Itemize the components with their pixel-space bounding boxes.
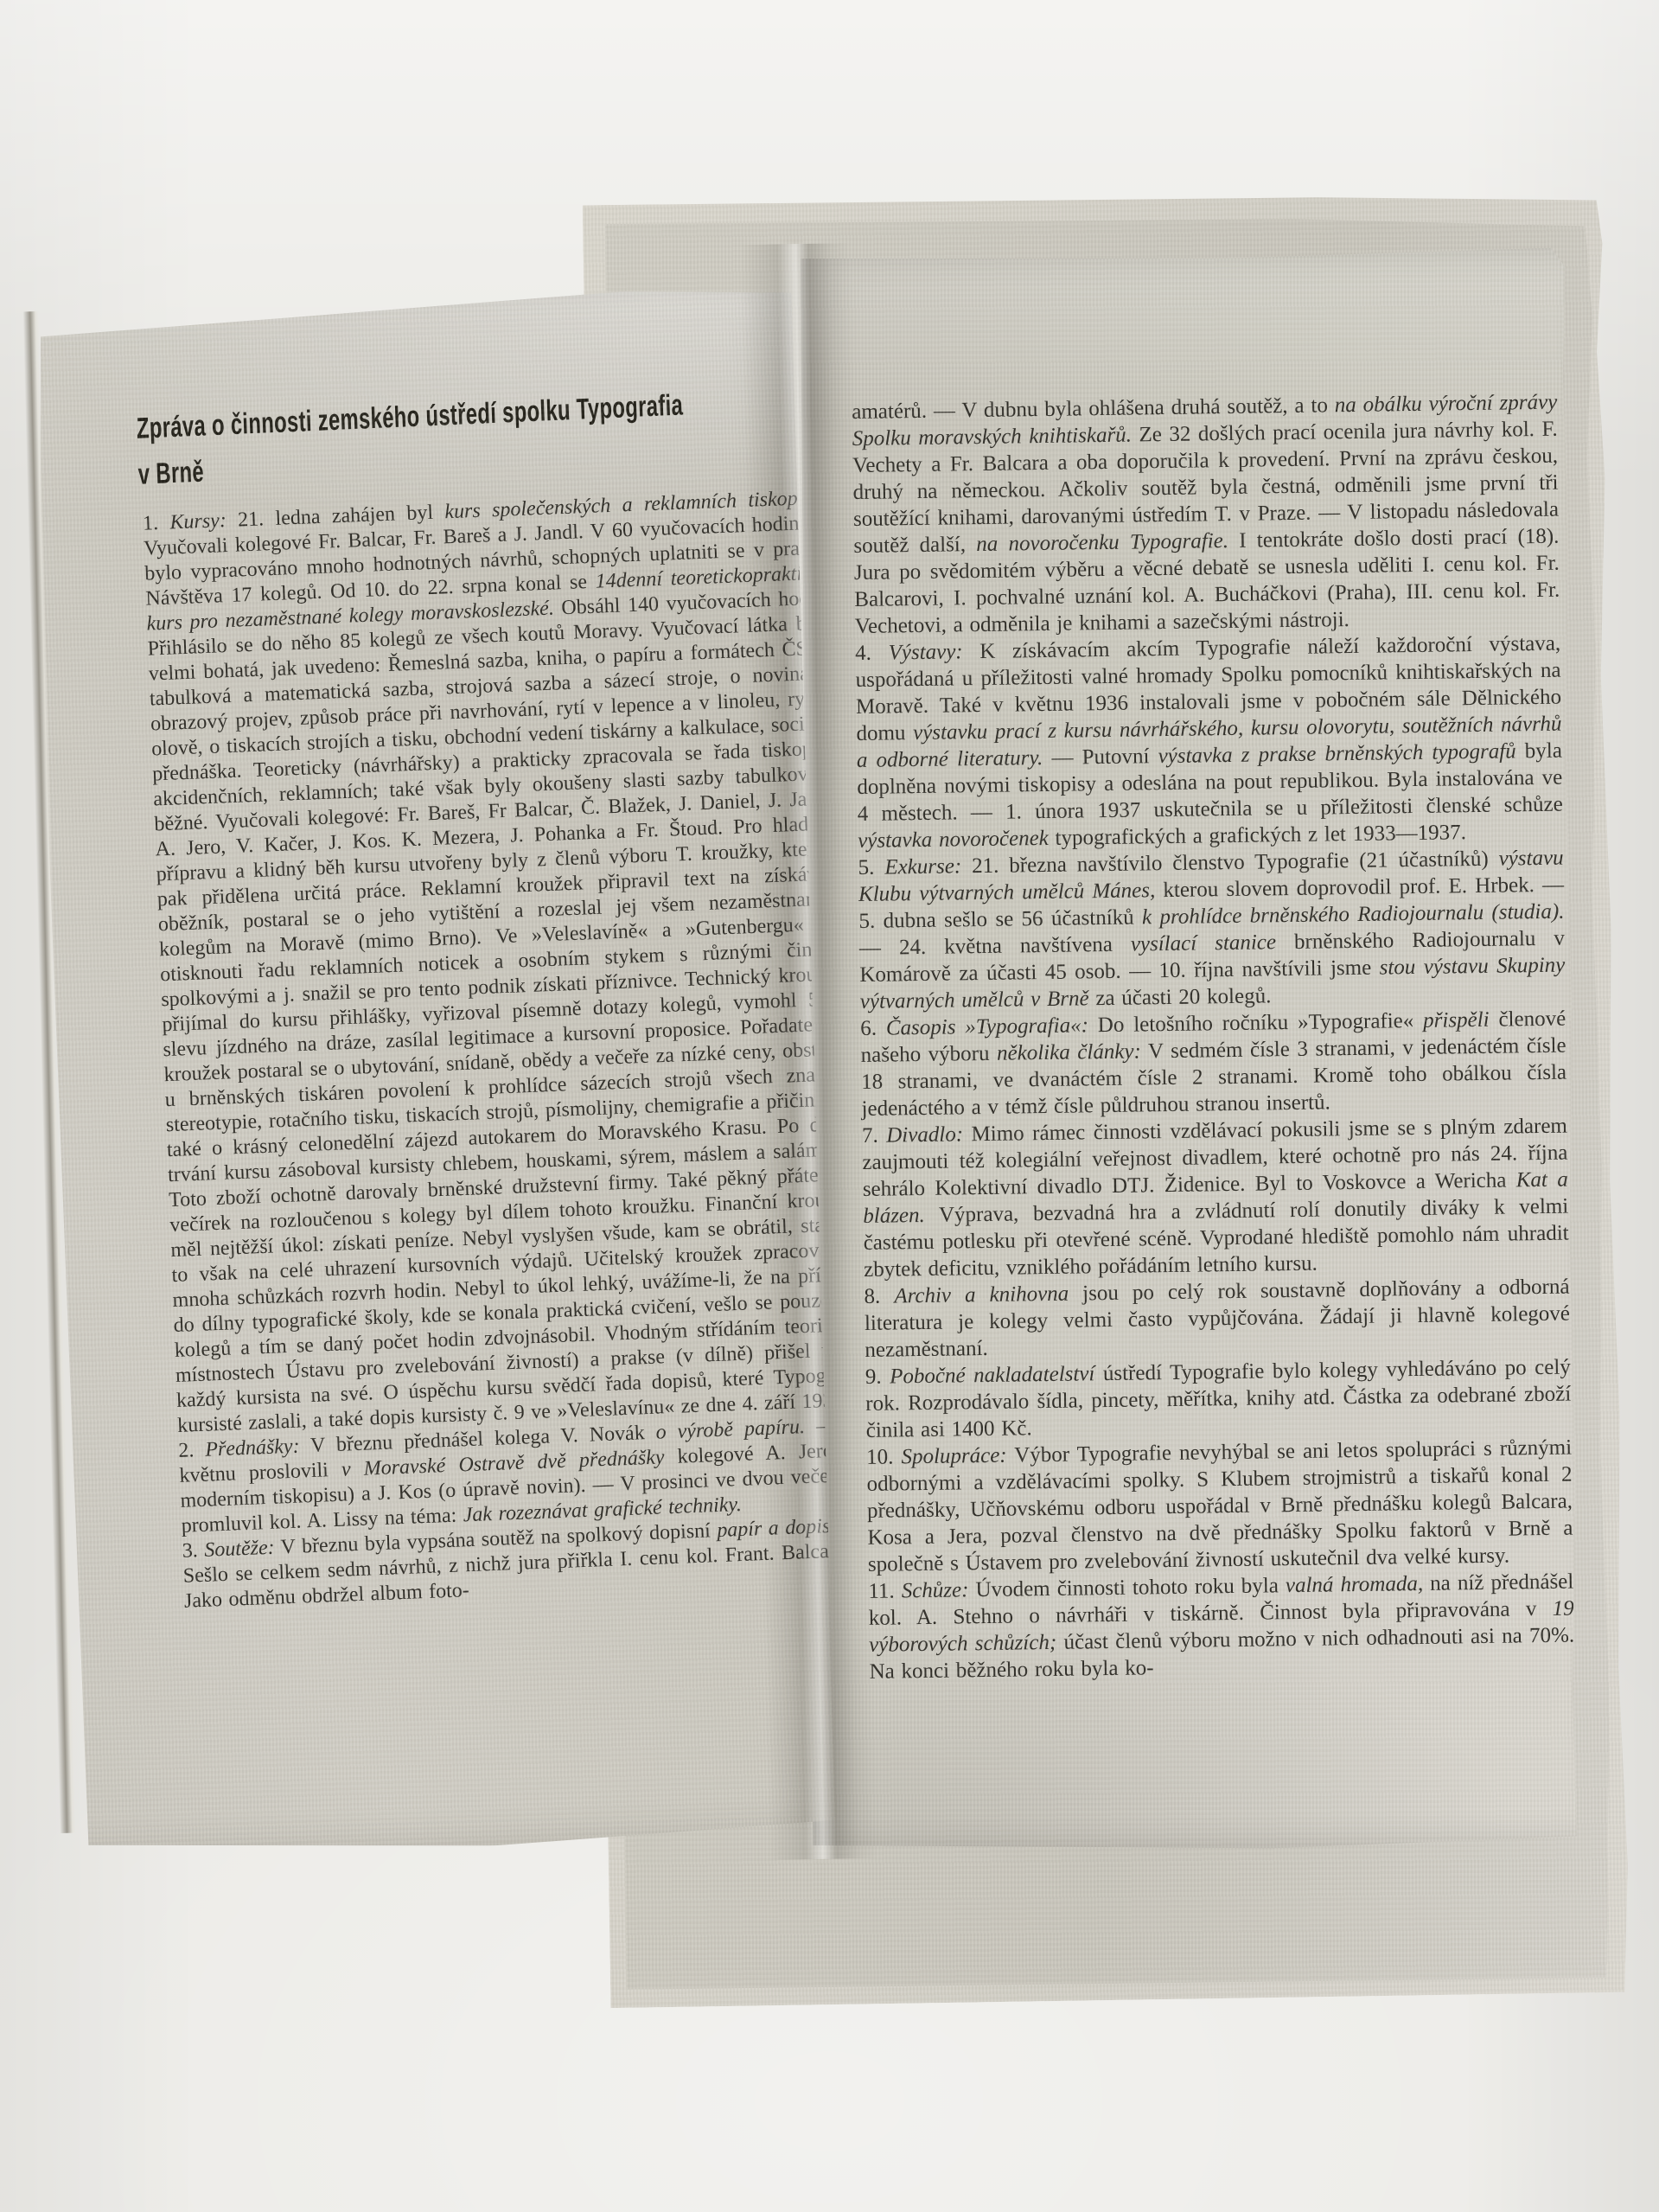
text-segment: 4. [855,641,889,665]
italic-segment: k prohlídce brněnského Radiojournalu (st… [1142,900,1565,930]
text-segment: 6. [860,1017,886,1040]
italic-segment: Pobočné nakladatelství [890,1362,1095,1388]
italic-segment: několika články: [997,1039,1141,1064]
text-segment: typografických a grafických z let 1933—1… [1049,821,1466,850]
italic-segment: přispěli [1423,1008,1490,1032]
italic-segment: valná hromada, [1286,1572,1424,1597]
italic-segment: Schůze: [902,1578,969,1602]
italic-segment: Exkurse: [884,854,961,879]
paragraph: 5. Exkurse: 21. března navštívilo členst… [858,845,1566,1015]
italic-segment: Kursy: [169,509,227,534]
italic-segment: výstavka novoročenek [858,827,1049,853]
text-segment: — 24. května navštívena [859,933,1131,960]
paragraph: 10. Spolupráce: Výbor Typografie nevyhýb… [866,1435,1573,1578]
paragraph: 7. Divadlo: Mimo rámec činnosti vzděláva… [862,1113,1570,1283]
text-segment: Do letošního ročníku »Typografie« [1088,1009,1424,1037]
text-segment: Obsáhl 140 vyučovacích hodin. Přihlásilo… [147,586,861,1437]
page-title: Zpráva o činnosti zemského ústředí spolk… [136,382,695,498]
text-segment: Výprava, bezvadná hra a zvládnutí rolí d… [864,1195,1569,1282]
text-segment: Mimo rámec činnosti vzdělávací pokusili … [862,1115,1567,1201]
paragraph: 6. Časopis »Typografia«: Do letošního ro… [860,1006,1567,1122]
left-page: Zpráva o činnosti zemského ústředí spolk… [31,286,838,1857]
italic-segment: Archiv a knihovna [894,1282,1069,1308]
text-segment: 1. [143,512,170,535]
text-segment: Úvodem činnosti tohoto roku byla [968,1574,1286,1601]
paragraph: 1. Kursy: 21. ledna zahájen byl kurs spo… [143,485,863,1439]
photo-background: amatérů. — V dubnu byla ohlášena druhá s… [0,0,1659,2212]
text-segment: 8. [864,1284,894,1307]
text-segment: 11. [868,1579,902,1603]
text-segment: 7. [862,1124,887,1148]
right-page-text: amatérů. — V dubnu byla ohlášena druhá s… [852,389,1575,1685]
italic-segment: výstavka z prakse brněnských typografů [1158,739,1515,768]
italic-segment: Spolupráce: [901,1444,1007,1469]
italic-segment: vysílací stanice [1131,930,1277,956]
text-segment: 10. [866,1445,902,1469]
italic-segment: o výrobě papíru. [655,1416,805,1444]
paragraph: amatérů. — V dubnu byla ohlášena druhá s… [852,389,1560,640]
paragraph: 4. Výstavy: K získávacím akcím Typografi… [855,630,1563,854]
text-segment: 3. [182,1539,205,1563]
italic-segment: Přednášky: [205,1435,300,1461]
text-segment: 9. [865,1365,890,1389]
left-page-text: 1. Kursy: 21. ledna zahájen byl kurs spo… [143,485,869,1614]
text-segment: — Putovní [1043,745,1158,770]
text-segment: 2. [178,1439,206,1462]
paragraph: 8. Archiv a knihovna jsou po celý rok so… [864,1274,1570,1364]
italic-segment: Výstavy: [888,640,962,664]
italic-segment: Soutěže: [204,1537,275,1562]
text-segment: 21. března navštívilo členstvo Typografi… [961,847,1499,879]
text-segment: 5. [858,856,884,879]
italic-segment: Časopis »Typografia«: [886,1013,1088,1039]
italic-segment: Divadlo: [886,1122,963,1147]
text-segment: za účasti 20 kolegů. [1088,984,1271,1010]
paragraph: 11. Schůze: Úvodem činnosti tohoto roku … [868,1569,1575,1685]
right-page: amatérů. — V dubnu byla ohlášena druhá s… [801,248,1580,1852]
italic-segment: na novoročenku Typografie. [976,529,1228,556]
paragraph: 9. Pobočné nakladatelství ústředí Typogr… [865,1354,1572,1444]
text-segment: amatérů. — V dubnu byla ohlášena druhá s… [852,393,1335,424]
